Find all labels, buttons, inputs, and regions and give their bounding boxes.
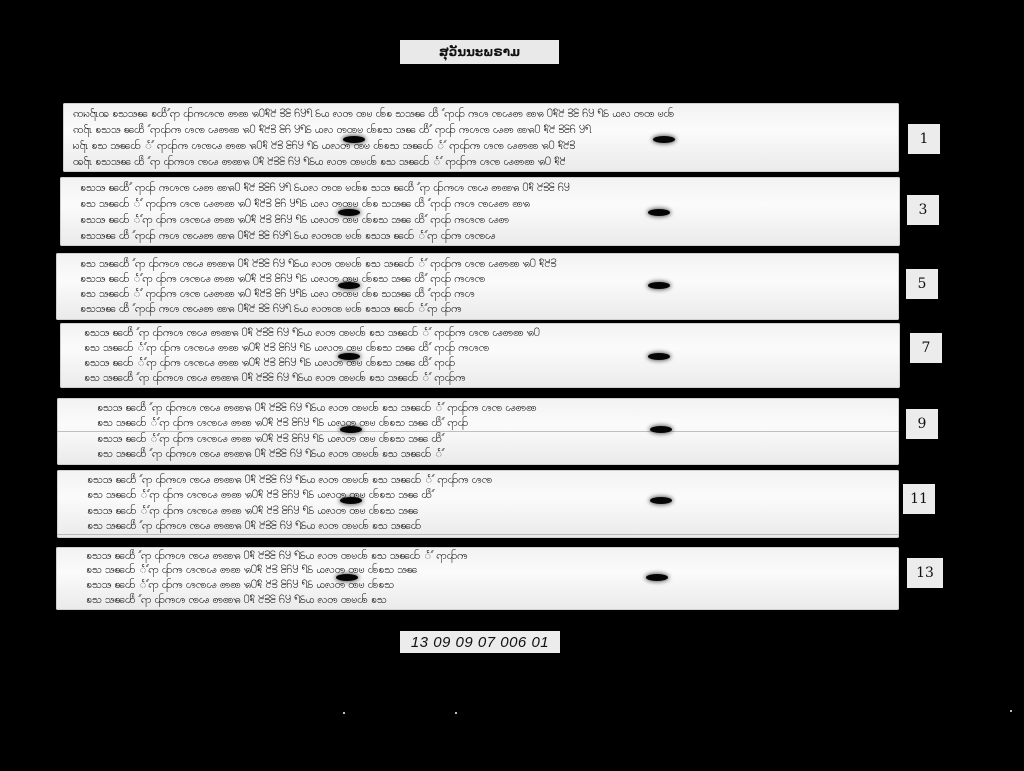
- binding-hole: [340, 426, 362, 433]
- leaf-text-line: ꧠꧡ ꧢꧣꧤ ꧥꧦꧧ ꧨꧩ ꧪꧫꧬ ꧭꧮ ꧯ꧰꧱ ꧲꧳ ꧴꧵꧶ ꧷꧸ ꧹ꧺꧻ ꧼ…: [86, 563, 899, 577]
- leaf-text-line: ꧠꧡ ꧢꧣꧤ ꧥꧦꧧ ꧨꧩ ꧪꧫꧬ ꧭꧮ ꧯ꧰꧱ ꧲꧳ ꧴꧵꧶ ꧷꧸ ꧹ꧺꧻ ꧼ…: [87, 488, 899, 502]
- page-number-tag: 9: [906, 409, 938, 439]
- leaf-text-line: ꧠꧡꧢ ꧣꧤ ꧥꧦꧧ ꧨꧩ ꧪꧫꧬ ꧭꧮ ꧯ꧰꧱ ꧲꧳ ꧴꧵꧶ ꧷꧸ ꧹ꧺꧻ ꧼ…: [80, 272, 899, 286]
- palm-leaf-page-3: ꧠꧡꧢ ꧣꧤꧥꧦ ꧧꧨ ꧩꧪꧫ ꧬꧭ ꧮꧯ꧰ ꧱꧲ ꧳꧴꧵ ꧶꧷ ꧸꧹ꧺ ꧻꧼ …: [60, 177, 900, 246]
- manuscript-title-label: ສຸວັນນະພຣາມ: [400, 40, 559, 64]
- palm-leaf-page-5: ꧠꧡ ꧢꧣꧤꧥ ꧦꧧ ꧨꧩꧪ ꧫꧬ ꧭꧮꧯ ꧰꧱ ꧲꧳꧴ ꧵꧶ ꧷꧸꧹ ꧺꧻ ꧼ…: [56, 253, 899, 320]
- leaf-text-line: ꩪ꩷ ꧠꧡꧢꧣ ꧤꧥ ꧦꧧ ꧨꧩꧪ ꧫꧬ ꧭꧮꧯ ꧰꧱ ꧲꧳꧴ ꧵꧶ ꧷꧸꧹ ꧺ…: [73, 155, 899, 169]
- binding-hole: [648, 353, 670, 360]
- leaf-text-line: ꩢ꩷ ꧠꧡ ꧢꧣꧤ ꧥꧦ ꧧꧨꧩ ꧪꧫꧬ ꧭꧮ ꧯ꧰꧱ ꧲꧳ ꧴꧵꧶ ꧷꧸ ꧹ꧺ…: [73, 139, 899, 153]
- binding-hole: [653, 136, 675, 143]
- palm-leaf-page-9: ꧠꧡꧢ ꧣꧤꧥ ꧦꧧ ꧨꧩꧪ ꧫꧬ ꧭꧮꧯ ꧰꧱ ꧲꧳꧴ ꧵꧶ ꧷꧸꧹ ꧺꧻ ꧼ…: [57, 398, 899, 465]
- binding-hole: [340, 497, 362, 504]
- binding-hole: [338, 353, 360, 360]
- leaf-text-line: ꧠꧡꧢ ꧣꧤꧥꧦ ꧧꧨ ꧩꧪꧫ ꧬꧭ ꧮꧯ꧰ ꧱꧲ ꧳꧴꧵ ꧶꧷ ꧸꧹ꧺ ꧻꧼ …: [80, 181, 900, 195]
- leaf-crack: [57, 534, 899, 535]
- palm-leaf-page-7: ꧠꧡꧢ ꧣꧤꧥ ꧦꧧ ꧨꧩꧪ ꧫꧬ ꧭꧮꧯ ꧰꧱ ꧲꧳꧴ ꧵꧶ ꧷꧸꧹ ꧺꧻ ꧼ…: [60, 323, 900, 388]
- leaf-text-line: ꧠꧡꧢ ꧣꧤꧥ ꧦꧧ ꧨꧩꧪ ꧫꧬ ꧭꧮꧯ ꧰꧱ ꧲꧳꧴ ꧵꧶ ꧷꧸꧹ ꧺꧻ ꧼ…: [86, 549, 899, 563]
- binding-hole: [650, 497, 672, 504]
- leaf-text-line: ꧠꧡꧢꧣ ꧤꧥ ꧦꧧꧨ ꧩꧪ ꧫꧬꧭ ꧮꧯ ꧰꧱꧲ ꧳꧴ ꧵꧶꧷ ꧸꧹ ꧺꧻꧼ …: [80, 229, 900, 243]
- leaf-text-line: ꧠꧡꧢ ꧣꧤ ꧥꧦꧧ ꧨꧩ ꧪꧫꧬ ꧭꧮ ꧯ꧰꧱ ꧲꧳ ꧴꧵꧶ ꧷꧸ ꧹ꧺꧻ ꧼ…: [87, 504, 899, 518]
- leaf-text-line: ꩡ꩷ ꧠꧡꧢ ꧣꧤꧥ ꧦꧧꧨꧩ ꧪꧫ ꧬꧭꧮ ꧯ꧰ ꧱꧲꧳ ꧴꧵ ꧶꧷꧸ ꧹ꧺ …: [73, 123, 899, 137]
- leaf-text-line: ꧠꧡ ꧢꧣꧤꧥ ꧦꧧ ꧨꧩꧪ ꧫꧬ ꧭꧮꧯ ꧰꧱ ꧲꧳꧴ ꧵꧶ ꧷꧸꧹ ꧺꧻ ꧼ…: [97, 447, 899, 461]
- leaf-text-line: ꧠꧡ ꧢꧣꧤ ꧥꧦ ꧧꧨꧩ ꧪꧫ ꧬꧭꧮ ꧯ꧰ ꧱꧲꧳ ꧴꧵ ꧶꧷꧸ ꧹ꧺ ꧻꧼ…: [80, 197, 900, 211]
- binding-hole: [648, 209, 670, 216]
- palm-leaf-page-13: ꧠꧡꧢ ꧣꧤꧥ ꧦꧧ ꧨꧩꧪ ꧫꧬ ꧭꧮꧯ ꧰꧱ ꧲꧳꧴ ꧵꧶ ꧷꧸꧹ ꧺꧻ ꧼ…: [56, 547, 899, 610]
- binding-hole: [338, 209, 360, 216]
- palm-leaf-page-11: ꧠꧡꧢ ꧣꧤꧥ ꧦꧧ ꧨꧩꧪ ꧫꧬ ꧭꧮꧯ ꧰꧱ ꧲꧳꧴ ꧵꧶ ꧷꧸꧹ ꧺꧻ ꧼ…: [57, 470, 899, 538]
- leaf-text-line: ꧠꧡꧢꧣ ꧤꧥ ꧦꧧꧨ ꧩꧪ ꧫꧬꧭ ꧮꧯ ꧰꧱꧲ ꧳꧴ ꧵꧶꧷ ꧸꧹ ꧺꧻꧼ …: [80, 302, 899, 316]
- leaf-text-line: ꧠꧡ ꧢꧣꧤ ꧥꧦꧧ ꧨꧩ ꧪꧫꧬ ꧭꧮ ꧯ꧰꧱ ꧲꧳ ꧴꧵꧶ ꧷꧸ ꧹ꧺꧻ ꧼ…: [84, 341, 900, 355]
- binding-hole: [336, 574, 358, 581]
- page-number-tag: 13: [907, 558, 943, 588]
- leaf-text-line: ꧠꧡꧢ ꧣꧤ ꧥꧦꧧ ꧨꧩ ꧪꧫꧬ ꧭꧮ ꧯ꧰꧱ ꧲꧳ ꧴꧵꧶ ꧷꧸ ꧹ꧺꧻ ꧼ…: [86, 578, 899, 592]
- leaf-text-line: ꩡꩢ꩷ꩪ ꧠꧡꧢꧣ ꧠꧤꧥꧦꧧ ꧨꧩꧪꧫ ꧭꧮ ꧯ꧰꧱꧲ ꧳꧴ ꧵꧶꧷ ꧸꧹ ꧺ…: [73, 107, 899, 121]
- page-number-tag: 5: [906, 269, 938, 299]
- leaf-text-line: ꧠꧡ ꧢꧣꧤꧥ ꧦꧧ ꧨꧩꧪ ꧫꧬ ꧭꧮꧯ ꧰꧱ ꧲꧳꧴ ꧵꧶ ꧷꧸꧹ ꧺꧻ ꧼ…: [87, 519, 899, 533]
- leaf-text-line: ꧠꧡ ꧢꧣꧤ ꧥꧦꧧ ꧨꧩ ꧪꧫꧬ ꧭꧮ ꧯ꧰꧱ ꧲꧳ ꧴꧵꧶ ꧷꧸ ꧹ꧺꧻ ꧼ…: [97, 416, 899, 430]
- dust-speck: [455, 712, 457, 714]
- leaf-text-line: ꧠꧡꧢ ꧣꧤ ꧥꧦꧧ ꧨꧩ ꧪꧫꧬ ꧭꧮ ꧯ꧰꧱ ꧲꧳ ꧴꧵꧶ ꧷꧸ ꧹ꧺꧻ ꧼ…: [84, 356, 900, 370]
- page-number-tag: 1: [908, 124, 940, 154]
- palm-leaf-page-1: ꩡꩢ꩷ꩪ ꧠꧡꧢꧣ ꧠꧤꧥꧦꧧ ꧨꧩꧪꧫ ꧭꧮ ꧯ꧰꧱꧲ ꧳꧴ ꧵꧶꧷ ꧸꧹ ꧺ…: [63, 103, 899, 172]
- leaf-text-line: ꧠꧡꧢ ꧣꧤꧥ ꧦꧧ ꧨꧩꧪ ꧫꧬ ꧭꧮꧯ ꧰꧱ ꧲꧳꧴ ꧵꧶ ꧷꧸꧹ ꧺꧻ ꧼ…: [97, 401, 899, 415]
- leaf-text-line: ꧠꧡꧢ ꧣꧤ ꧥꧦꧧ ꧨꧩ ꧪꧫꧬ ꧭꧮ ꧯ꧰꧱ ꧲꧳ ꧴꧵꧶ ꧷꧸ ꧹ꧺꧻ ꧼ…: [97, 432, 899, 446]
- page-number-tag: 11: [903, 484, 935, 514]
- binding-hole: [650, 426, 672, 433]
- binding-hole: [648, 282, 670, 289]
- leaf-text-line: ꧠꧡ ꧢꧣꧤꧥ ꧦꧧ ꧨꧩꧪ ꧫꧬ ꧭꧮꧯ ꧰꧱ ꧲꧳꧴ ꧵꧶ ꧷꧸꧹ ꧺꧻ ꧼ…: [80, 257, 899, 271]
- leaf-text-line: ꧠꧡ ꧢꧣꧤꧥ ꧦꧧ ꧨꧩꧪ ꧫꧬ ꧭꧮꧯ ꧰꧱ ꧲꧳꧴ ꧵꧶ ꧷꧸꧹ ꧺꧻ ꧼ…: [86, 593, 899, 607]
- binding-hole: [646, 574, 668, 581]
- leaf-text-line: ꧠꧡ ꧢꧣꧤ ꧥꧦ ꧧꧨꧩ ꧪꧫ ꧬꧭꧮ ꧯ꧰ ꧱꧲꧳ ꧴꧵ ꧶꧷꧸ ꧹ꧺ ꧻꧼ…: [80, 287, 899, 301]
- binding-hole: [343, 136, 365, 143]
- leaf-text-line: ꧠꧡꧢ ꧣꧤꧥ ꧦꧧ ꧨꧩꧪ ꧫꧬ ꧭꧮꧯ ꧰꧱ ꧲꧳꧴ ꧵꧶ ꧷꧸꧹ ꧺꧻ ꧼ…: [87, 473, 899, 487]
- page-number-tag: 7: [910, 333, 942, 363]
- leaf-text-line: ꧠꧡꧢ ꧣꧤ ꧥꧦꧧ ꧨꧩ ꧪꧫꧬ ꧭꧮ ꧯ꧰꧱ ꧲꧳ ꧴꧵꧶ ꧷꧸ ꧹ꧺꧻ ꧼ…: [80, 213, 900, 227]
- catalog-number-label: 13 09 09 07 006 01: [400, 631, 560, 653]
- dust-speck: [1010, 710, 1012, 712]
- leaf-text-line: ꧠꧡ ꧢꧣꧤꧥ ꧦꧧ ꧨꧩꧪ ꧫꧬ ꧭꧮꧯ ꧰꧱ ꧲꧳꧴ ꧵꧶ ꧷꧸꧹ ꧺꧻ ꧼ…: [84, 371, 900, 385]
- binding-hole: [338, 282, 360, 289]
- leaf-text-line: ꧠꧡꧢ ꧣꧤꧥ ꧦꧧ ꧨꧩꧪ ꧫꧬ ꧭꧮꧯ ꧰꧱ ꧲꧳꧴ ꧵꧶ ꧷꧸꧹ ꧺꧻ ꧼ…: [84, 326, 900, 340]
- page-number-tag: 3: [907, 195, 939, 225]
- dust-speck: [343, 712, 345, 714]
